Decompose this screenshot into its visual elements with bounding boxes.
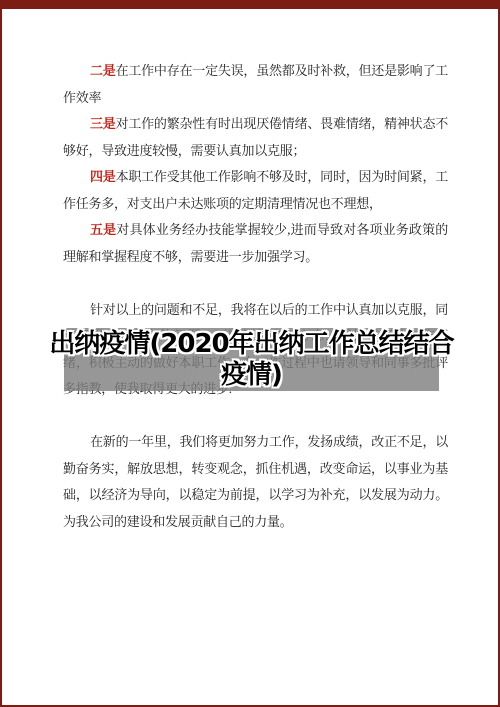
text-line: 五是对具体业务经办技能掌握较少,进而导致对各项业务政策的 bbox=[63, 217, 448, 244]
text-run: 对工作的繁杂性有时出现厌倦情绪、畏难情绪，精神状态不 bbox=[116, 116, 448, 131]
text-line: 三是对工作的繁杂性有时出现厌倦情绪、畏难情绪，精神状态不 bbox=[63, 111, 448, 138]
text-line: 在新的一年里，我们将更加努力工作，发扬成绩，改正不足，以 bbox=[63, 429, 448, 456]
text-run: 理解和掌握程度不够，需要进一步加强学习。 bbox=[63, 249, 318, 264]
text-line: 针对以上的问题和不足，我将在以后的工作中认真加以克服，同 bbox=[63, 297, 448, 324]
overlay-title-band: 出纳疫情(2020年出纳工作总结结合 疫情) bbox=[64, 328, 439, 391]
text-run: 对具体业务经办技能掌握较少,进而导致对各项业务政策的 bbox=[116, 222, 448, 237]
text-line: 二是在工作中存在一定失误，虽然都及时补救，但还是影响了工 bbox=[63, 58, 448, 85]
blank-line bbox=[63, 270, 448, 297]
text-run: 作效率 bbox=[63, 90, 101, 105]
document-page: 二是在工作中存在一定失误，虽然都及时补救，但还是影响了工 作效率 三是对工作的繁… bbox=[0, 0, 500, 707]
list-label-red: 四是 bbox=[90, 170, 116, 185]
text-line: 作任务多，对支出户未达账项的定期清理情况也不理想， bbox=[63, 191, 448, 218]
text-line: 理解和掌握程度不够，需要进一步加强学习。 bbox=[63, 244, 448, 271]
text-run: 在新的一年里，我们将更加努力工作，发扬成绩，改正不足，以 bbox=[90, 434, 448, 449]
text-line: 四是本职工作受其他工作影响不够及时，同时，因为时间紧，工 bbox=[63, 164, 448, 191]
text-run: 作任务多，对支出户未达账项的定期清理情况也不理想， bbox=[63, 196, 382, 211]
text-line: 勤奋务实，解放思想，转变观念，抓住机遇，改变命运，以事业为基 bbox=[63, 456, 448, 483]
text-run: 够好，导致进度较慢，需要认真加以克服； bbox=[63, 143, 305, 158]
list-label-red: 五是 bbox=[90, 223, 116, 238]
text-line: 础，以经济为导向，以稳定为前提，以学习为补充，以发展为动力。 bbox=[63, 482, 448, 509]
document-body: 二是在工作中存在一定失误，虽然都及时补救，但还是影响了工 作效率 三是对工作的繁… bbox=[63, 58, 448, 535]
text-run: 针对以上的问题和不足，我将在以后的工作中认真加以克服，同 bbox=[90, 302, 448, 317]
text-run: 础，以经济为导向，以稳定为前提，以学习为补充，以发展为动力。 bbox=[63, 487, 448, 502]
text-run: 本职工作受其他工作影响不够及时，同时，因为时间紧，工 bbox=[116, 169, 448, 184]
text-run: 勤奋务实，解放思想，转变观念，抓住机遇，改变命运，以事业为基 bbox=[63, 461, 448, 476]
text-run: 在工作中存在一定失误，虽然都及时补救，但还是影响了工 bbox=[116, 63, 448, 78]
blank-line bbox=[63, 403, 448, 430]
list-label-red: 二是 bbox=[90, 64, 116, 79]
text-line: 为我公司的建设和发展贡献自己的力量。 bbox=[63, 509, 448, 536]
list-label-red: 三是 bbox=[90, 117, 116, 132]
text-line: 够好，导致进度较慢，需要认真加以克服； bbox=[63, 138, 448, 165]
overlay-title-line1: 出纳疫情(2020年出纳工作总结结合 bbox=[49, 329, 453, 360]
overlay-title-line2: 疫情) bbox=[221, 360, 282, 391]
text-line: 作效率 bbox=[63, 85, 448, 112]
text-run: 为我公司的建设和发展贡献自己的力量。 bbox=[63, 514, 293, 529]
